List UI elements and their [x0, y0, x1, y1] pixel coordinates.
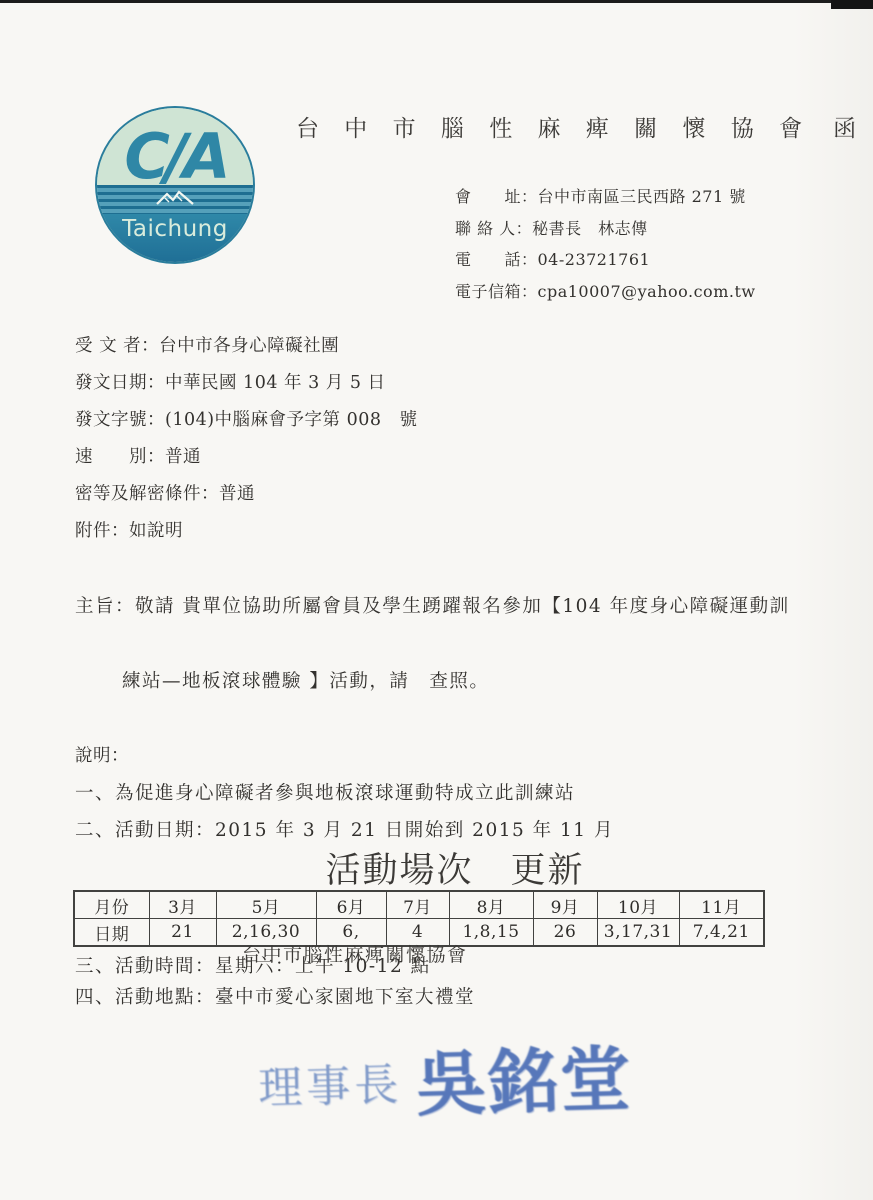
- mountain-icon: [152, 190, 198, 210]
- letterhead-title: 台 中 市 腦 性 麻 痺 關 懷 協 會函: [296, 110, 856, 143]
- contact-address: 會 址：台中市南區三民西路 271 號: [455, 181, 756, 213]
- closing-org-name: 台中市腦性麻痺關懷協會: [242, 940, 468, 967]
- explanation-heading: 說明：: [75, 738, 825, 775]
- association-logo: C/A Taichung: [95, 106, 255, 264]
- contact-block: 會 址：台中市南區三民西路 271 號 聯 絡 人：秘書長 林志傳 電 話：04…: [455, 181, 756, 307]
- subject-line-2: 練站—地板滾球體驗 】活動，請 查照。: [75, 663, 825, 700]
- meta-recipient: 受 文 者：台中市各身心障礙社團: [75, 328, 825, 365]
- logo-city-label: Taichung: [122, 216, 228, 242]
- logo-upper-half: C/A: [97, 108, 253, 185]
- meta-priority: 速 別：普通: [75, 439, 825, 476]
- schedule-title: 活動場次 更新: [75, 843, 765, 888]
- meta-security: 密等及解密條件：普通: [75, 476, 825, 513]
- document-body: 受 文 者：台中市各身心障礙社團 發文日期：中華民國 104 年 3 月 5 日…: [75, 328, 825, 1013]
- contact-person: 聯 絡 人：秘書長 林志傳: [455, 213, 756, 245]
- subject-line-1: 主旨：敬請 貴單位協助所屬會員及學生踴躍報名參加【104 年度身心障礙運動訓: [75, 588, 825, 625]
- month-cell: 7月: [386, 891, 449, 919]
- month-cell: 9月: [533, 891, 597, 919]
- explanation-item-1: 一、為促進身心障礙者參與地板滾球運動特成立此訓練站: [75, 775, 825, 812]
- chairman-signature-stamp: 理事長 吳銘堂: [257, 1023, 634, 1134]
- logo-ca-monogram: C/A: [124, 130, 225, 185]
- stamp-title: 理事長: [257, 1048, 403, 1116]
- date-cell: 21: [149, 919, 216, 947]
- contact-phone: 電 話：04-23721761: [455, 244, 756, 276]
- scan-edge-top: [0, 0, 873, 3]
- meta-issue-date: 發文日期：中華民國 104 年 3 月 5 日: [75, 365, 825, 402]
- contact-email: 電子信箱：cpa10007@yahoo.com.tw: [455, 276, 756, 308]
- month-cell: 6月: [316, 891, 386, 919]
- date-row-header: 日期: [74, 919, 149, 947]
- month-cell: 8月: [449, 891, 533, 919]
- doc-type-label: 函: [833, 116, 856, 142]
- date-cell: 7,4,21: [679, 919, 764, 947]
- scanned-letter-page: { "colors": { "paper": "#f8f7f4", "ink":…: [0, 0, 873, 1200]
- month-cell: 11月: [679, 891, 764, 919]
- month-cell: 5月: [216, 891, 316, 919]
- explanation-item-4: 四、活動地點：臺中市愛心家園地下室大禮堂: [75, 982, 825, 1013]
- org-title-text: 台 中 市 腦 性 麻 痺 關 懷 協 會: [296, 116, 811, 142]
- date-cell: 3,17,31: [597, 919, 679, 947]
- scan-edge-corner: [831, 0, 873, 9]
- month-cell: 3月: [149, 891, 216, 919]
- schedule-table: 月份 3月 5月 6月 7月 8月 9月 10月 11月 日期 21 2,16,…: [73, 890, 765, 947]
- logo-lower-half: Taichung: [97, 214, 253, 262]
- date-cell: 26: [533, 919, 597, 947]
- month-row-header: 月份: [74, 891, 149, 919]
- logo-wave-stripes: [97, 185, 253, 214]
- stamp-name: 吳銘堂: [415, 1023, 634, 1130]
- meta-attachment: 附件：如說明: [75, 513, 825, 550]
- meta-doc-number: 發文字號：(104)中腦麻會予字第 008 號: [75, 402, 825, 439]
- subject-block: 主旨：敬請 貴單位協助所屬會員及學生踴躍報名參加【104 年度身心障礙運動訓 練…: [75, 550, 825, 738]
- schedule-month-row: 月份 3月 5月 6月 7月 8月 9月 10月 11月: [74, 891, 764, 919]
- month-cell: 10月: [597, 891, 679, 919]
